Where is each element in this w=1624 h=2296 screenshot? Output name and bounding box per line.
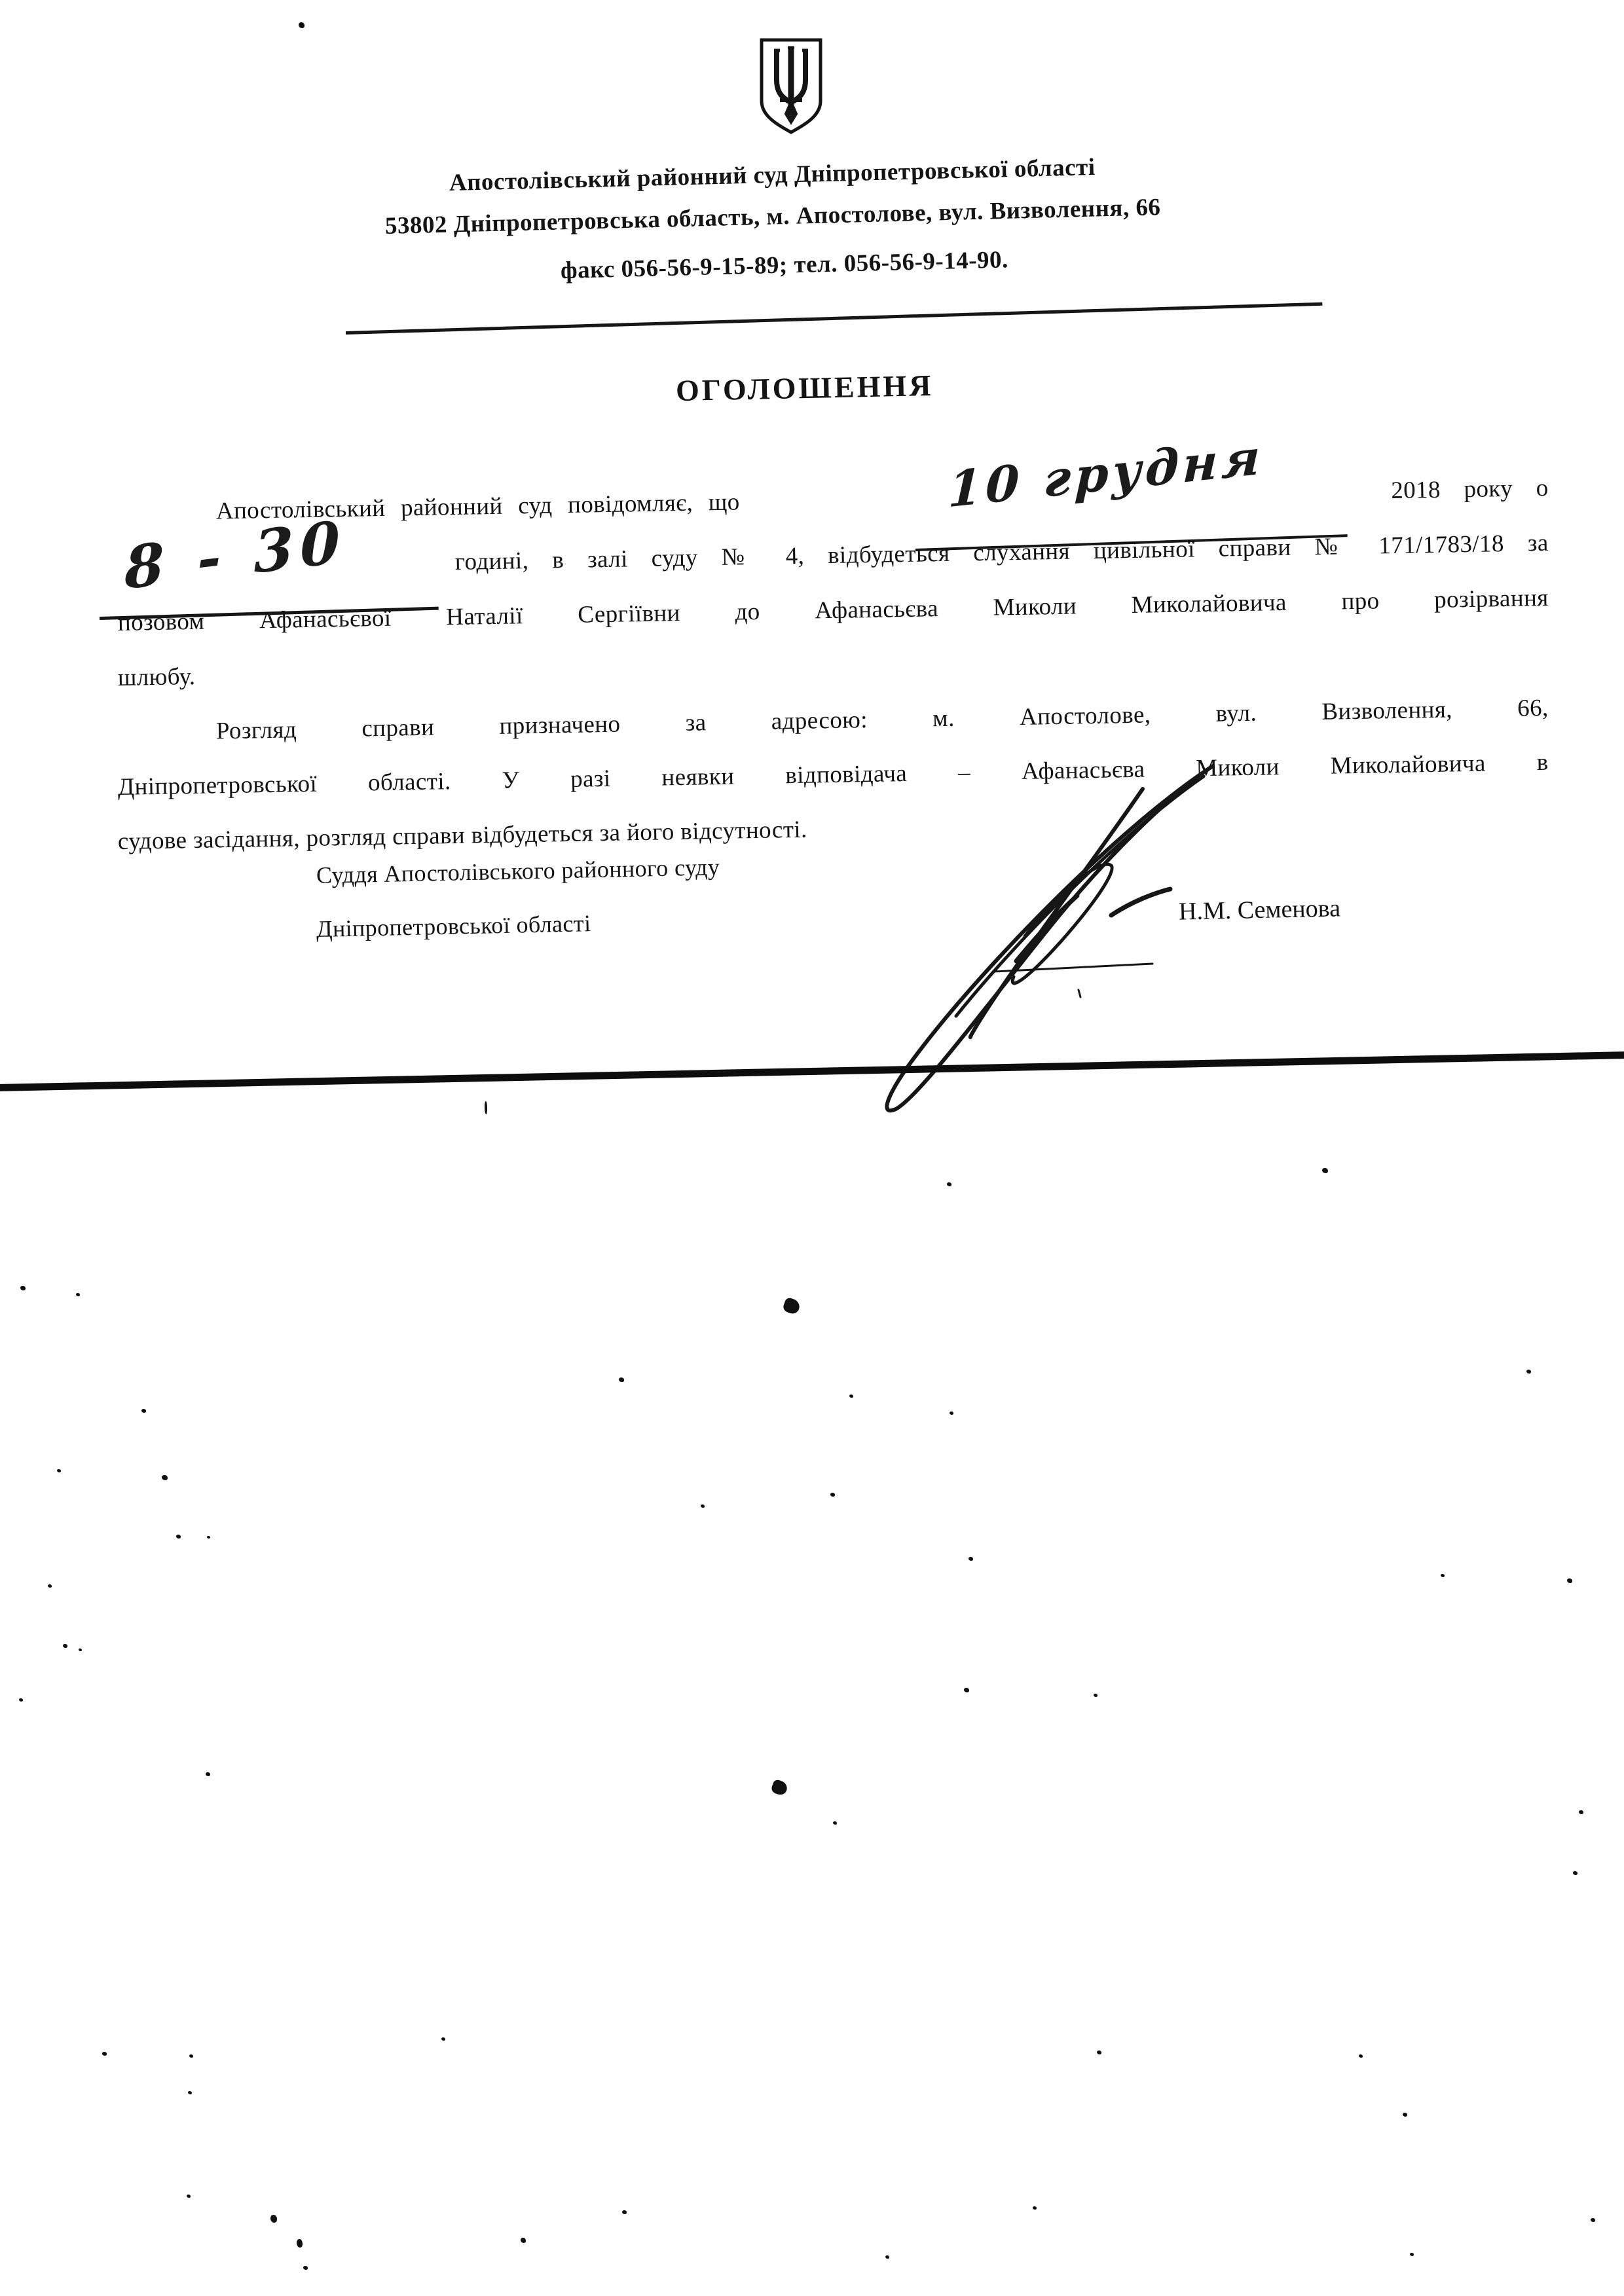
scan-noise-speck (141, 1409, 146, 1413)
scan-noise-speck (885, 2255, 889, 2259)
scan-noise-speck (63, 1644, 67, 1648)
court-name: Апостолівський районний суд Дніпропетров… (449, 153, 1096, 197)
scan-noise-speck (1410, 2253, 1414, 2256)
p1-line2-text: годині, в залі суду № 4, відбудеться слу… (454, 529, 1548, 576)
scan-noise-speck (187, 2195, 191, 2198)
scan-noise-speck (770, 1779, 789, 1797)
scan-noise-speck (297, 2239, 303, 2248)
p1-text-after-date: 2018 року о (1391, 474, 1549, 505)
scan-noise-speck (207, 1536, 210, 1539)
scan-noise-speck (188, 2091, 192, 2094)
scan-noise-speck (1526, 1370, 1531, 1374)
scan-noise-speck (1573, 1871, 1578, 1875)
scan-noise-speck (619, 1377, 624, 1382)
ukraine-trident-icon (756, 37, 826, 136)
scan-noise-speck (299, 22, 304, 28)
scan-noise-speck (622, 2210, 627, 2214)
scanned-document-page: Апостолівський районний суд Дніпропетров… (0, 0, 1624, 2296)
scan-noise-speck (20, 1286, 26, 1290)
scan-noise-speck (303, 2266, 308, 2270)
scan-noise-speck (102, 2052, 107, 2056)
scan-noise-speck (1591, 2218, 1595, 2222)
paragraph1-line4: шлюбу. (118, 639, 1549, 697)
scan-noise-speck (57, 1469, 61, 1472)
first-line-indent (118, 497, 216, 499)
header-divider-rule (346, 302, 1322, 335)
scan-noise-speck (189, 2054, 193, 2058)
scan-noise-speck (849, 1394, 853, 1398)
scan-noise-speck (1403, 2113, 1407, 2117)
scan-noise-speck (79, 1649, 82, 1651)
scan-noise-speck (833, 1821, 837, 1825)
scan-noise-speck (48, 1584, 52, 1588)
scan-noise-speck (969, 1557, 973, 1561)
judge-name: Н.М. Семенова (1179, 894, 1341, 926)
scan-noise-speck (782, 1297, 802, 1316)
scan-noise-speck (1567, 1578, 1572, 1583)
scan-noise-speck (1094, 1694, 1098, 1697)
judge-role-line2: Дніпропетровської області (316, 909, 591, 943)
scan-noise-speck (1579, 1810, 1583, 1814)
scan-noise-speck (206, 1772, 210, 1776)
scan-noise-speck (1033, 2206, 1037, 2210)
court-address: 53802 Дніпропетровська область, м. Апост… (384, 193, 1160, 240)
document-title: ОГОЛОШЕННЯ (675, 368, 933, 408)
scan-noise-speck (485, 1101, 487, 1114)
scan-noise-speck (950, 1412, 953, 1415)
paragraph1-line3: позовом Афанасьєвої Наталії Сергіївни до… (118, 584, 1549, 642)
scan-noise-speck (521, 2238, 526, 2243)
scan-noise-speck (1322, 1168, 1328, 1173)
scan-noise-speck (964, 1688, 969, 1692)
scan-noise-speck (441, 2037, 445, 2041)
scan-noise-speck (947, 1182, 951, 1186)
scan-noise-speck (1097, 2050, 1101, 2054)
judge-signature (812, 732, 1244, 1138)
judge-role-line1: Суддя Апостолівського районного суду (316, 853, 720, 889)
scan-noise-speck (162, 1475, 168, 1480)
scan-noise-speck (270, 2215, 277, 2223)
scan-noise-speck (176, 1535, 181, 1539)
court-contacts: факс 056-56-9-15-89; тел. 056-56-9-14-90… (560, 246, 1008, 285)
scan-noise-speck (76, 1293, 80, 1296)
scan-noise-speck (1359, 2054, 1363, 2058)
scan-noise-speck (830, 1493, 835, 1497)
scan-noise-speck (1441, 1574, 1445, 1577)
scan-noise-speck (19, 1698, 23, 1702)
scan-noise-speck (701, 1504, 705, 1508)
